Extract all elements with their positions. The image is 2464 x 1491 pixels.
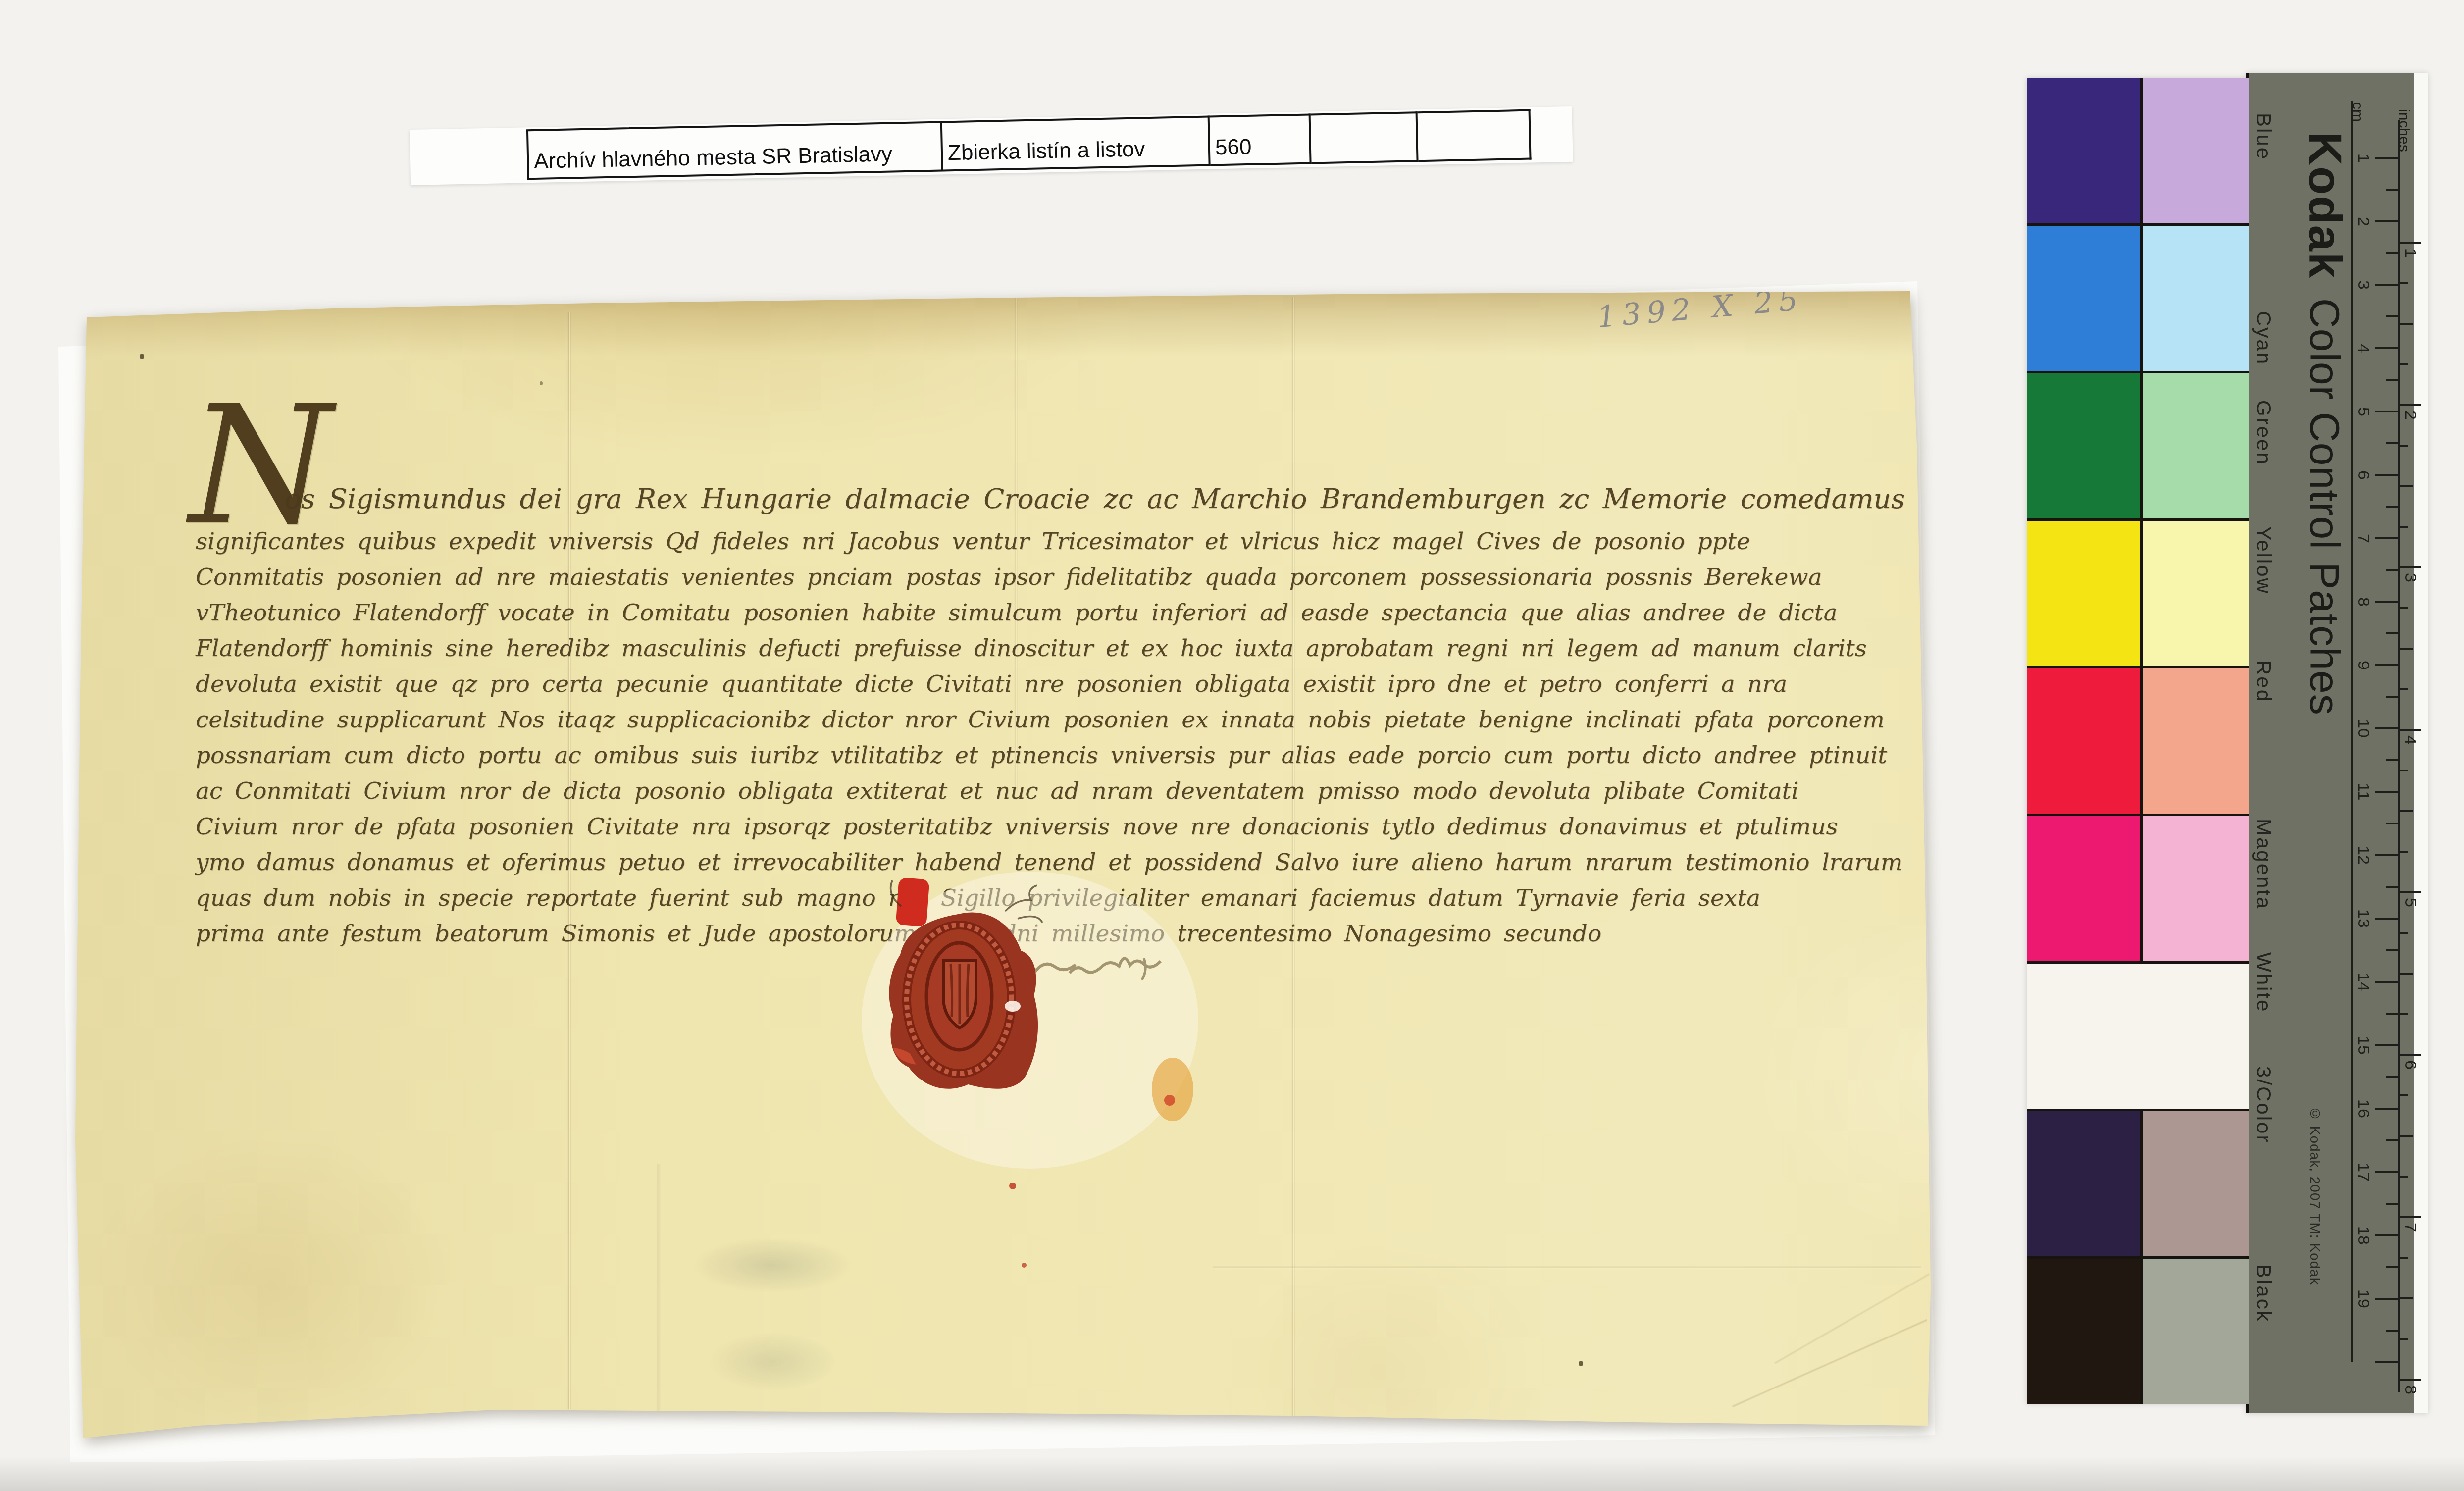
patch-cyan-pastel bbox=[2143, 226, 2249, 371]
patch-label-yellow: Yellow bbox=[2252, 526, 2275, 595]
manuscript-line: vTheotunico Flatendorff vocate in Comita… bbox=[196, 599, 1838, 626]
cm-number: 11 bbox=[2352, 760, 2374, 823]
cm-ruler-numbers: 12345678910111213141516171819 bbox=[2352, 126, 2374, 1331]
cm-number: 4 bbox=[2352, 316, 2374, 380]
inch-number: 8 bbox=[2399, 1308, 2421, 1471]
cm-number: 8 bbox=[2352, 570, 2374, 633]
patch-magenta-pastel bbox=[2143, 816, 2249, 961]
patch-label-magenta: Magenta bbox=[2252, 819, 2275, 910]
kodak-title: Kodak Color Control Patches bbox=[2298, 132, 2352, 715]
kodak-title-rest: Color Control Patches bbox=[2302, 298, 2348, 716]
patch-blue-pastel bbox=[2143, 78, 2249, 223]
patch-label-red: Red bbox=[2252, 660, 2275, 703]
manuscript-line: os Sigismundus dei gra Rex Hungarie dalm… bbox=[285, 483, 2125, 514]
patch-red-solid bbox=[2027, 668, 2140, 814]
patch-cyan-solid bbox=[2027, 226, 2140, 371]
ink-speck bbox=[140, 354, 144, 359]
scan-bottom-shadow bbox=[0, 1456, 2464, 1491]
manuscript-initial: N bbox=[189, 384, 332, 547]
corner-crease-2 bbox=[1774, 1273, 1930, 1364]
manuscript-line: Conmitatis posonien ad nre maiestatis ve… bbox=[196, 564, 1822, 591]
patch-magenta-solid bbox=[2027, 816, 2140, 961]
cm-number: 15 bbox=[2352, 1014, 2374, 1077]
orange-stain-core bbox=[1164, 1095, 1175, 1106]
patch-green-pastel bbox=[2143, 373, 2249, 518]
ink-speck-2 bbox=[540, 381, 543, 385]
manuscript-line: possnariam cum dicto portu ac omibus sui… bbox=[196, 742, 1887, 769]
seal-wax-tongue bbox=[896, 877, 930, 927]
patch-black-solid bbox=[2027, 1259, 2140, 1404]
cm-number: 16 bbox=[2352, 1077, 2374, 1140]
patch-label-white: White bbox=[2252, 952, 2275, 1013]
archive-cell-empty-1 bbox=[1311, 111, 1419, 164]
cm-number: 10 bbox=[2352, 697, 2374, 760]
kodak-title-bold: Kodak bbox=[2299, 132, 2351, 279]
patch-3color-solid bbox=[2027, 1111, 2140, 1256]
patch-green-solid bbox=[2027, 373, 2140, 518]
archive-cell-empty-2 bbox=[1418, 109, 1532, 162]
patch-yellow-solid bbox=[2027, 521, 2140, 666]
inch-number: 3 bbox=[2399, 496, 2421, 659]
cm-number: 9 bbox=[2352, 633, 2374, 697]
manuscript-line: Civium nror de pfata posonien Civitate n… bbox=[196, 813, 1838, 840]
verso-showthrough-smudge-2 bbox=[708, 1332, 837, 1391]
wax-drip-2 bbox=[1022, 1263, 1027, 1268]
archive-cell-number: 560 bbox=[1210, 113, 1312, 166]
cm-number: 5 bbox=[2352, 380, 2374, 443]
inch-number: 5 bbox=[2399, 821, 2421, 983]
inch-number: 7 bbox=[2399, 1146, 2421, 1308]
cm-number: 3 bbox=[2352, 253, 2374, 316]
pin-hole bbox=[1579, 1361, 1583, 1366]
inch-number: 1 bbox=[2399, 171, 2421, 334]
patch-label-blue: Blue bbox=[2252, 113, 2275, 160]
cm-number: 19 bbox=[2352, 1267, 2374, 1331]
cm-half-ticks bbox=[2386, 189, 2398, 1363]
cm-number: 14 bbox=[2352, 950, 2374, 1014]
cm-number: 18 bbox=[2352, 1204, 2374, 1267]
patch-label-3color: 3/Color bbox=[2252, 1066, 2275, 1143]
inch-number: 4 bbox=[2399, 659, 2421, 821]
cm-number: 13 bbox=[2352, 887, 2374, 950]
kodak-copyright: © Kodak, 2007 TM: Kodak bbox=[2307, 1106, 2323, 1285]
cm-number: 12 bbox=[2352, 823, 2374, 887]
fold-crease-left-lower bbox=[657, 1164, 661, 1411]
inch-ruler-numbers: 12345678 bbox=[2399, 171, 2421, 1471]
orange-stain bbox=[1152, 1058, 1193, 1121]
manuscript-line: Flatendorff hominis sine heredibz mascul… bbox=[196, 635, 1867, 662]
manuscript-line: devoluta existit que qz pro certa pecuni… bbox=[196, 670, 1787, 698]
verso-showthrough-smudge bbox=[693, 1238, 852, 1292]
pencil-inventory-note: 1392 X 25 bbox=[1596, 282, 1805, 335]
patch-blue-solid bbox=[2027, 78, 2140, 223]
inch-number: 2 bbox=[2399, 334, 2421, 496]
cm-number: 6 bbox=[2352, 443, 2374, 507]
patch-white bbox=[2027, 964, 2249, 1109]
manuscript-line: ac Conmitati Civium nror de dicta posoni… bbox=[196, 777, 1798, 805]
kodak-patch-grid bbox=[2027, 78, 2246, 1404]
wax-seal-group bbox=[842, 872, 1238, 1307]
cm-number: 1 bbox=[2352, 126, 2374, 190]
wax-drip-1 bbox=[1009, 1183, 1016, 1189]
patch-label-cyan: Cyan bbox=[2252, 311, 2275, 365]
patch-label-green: Green bbox=[2252, 400, 2275, 465]
cm-number: 2 bbox=[2352, 190, 2374, 253]
scanned-charter-page: 1392 X 25 N os Sigismundus dei gra Rex H… bbox=[0, 0, 2464, 1491]
inch-number: 6 bbox=[2399, 983, 2421, 1146]
seal-glint bbox=[1005, 1001, 1021, 1012]
archive-cell-institution: Archív hlavného mesta SR Bratislavy bbox=[526, 121, 943, 180]
manuscript-line: celsitudine supplicarunt Nos itaqz suppl… bbox=[196, 706, 1885, 733]
cm-number: 7 bbox=[2352, 507, 2374, 570]
archive-cell-collection: Zbierka listín a listov bbox=[942, 116, 1211, 172]
fold-crease-horizontal bbox=[1213, 1266, 1921, 1270]
patch-red-pastel bbox=[2143, 668, 2249, 814]
patch-3color-pastel bbox=[2143, 1111, 2249, 1256]
manuscript-line: significantes quibus expedit vniversis Q… bbox=[196, 528, 1750, 555]
cm-number: 17 bbox=[2352, 1140, 2374, 1204]
patch-yellow-pastel bbox=[2143, 521, 2249, 666]
kodak-color-strip: Blue Cyan Green Yellow Red Magenta White… bbox=[2023, 73, 2428, 1413]
patch-black-pastel bbox=[2143, 1259, 2249, 1404]
patch-label-black: Black bbox=[2252, 1264, 2275, 1323]
